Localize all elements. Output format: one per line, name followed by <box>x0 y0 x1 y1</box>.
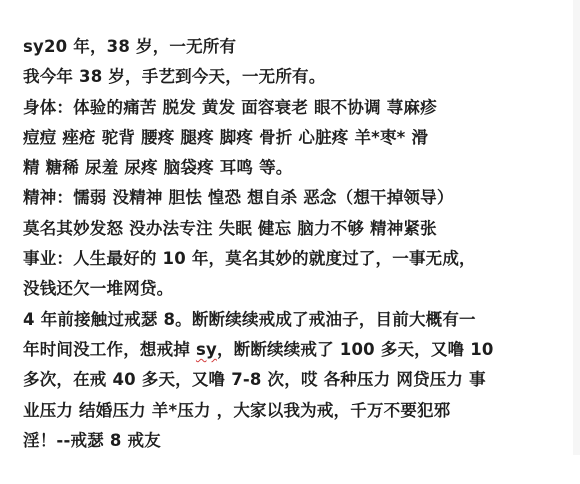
body-symptoms-line-2: 痘痘 痤疮 驼背 腰疼 腿疼 脚疼 骨折 心脏疼 羊*枣* 滑 <box>23 123 543 153</box>
story-line-2-after: ，断断续续戒了 100 多天，又噜 10 <box>217 340 494 359</box>
page-edge-shadow <box>573 0 580 455</box>
story-line-3: 多次，在戒 40 多天，又噜 7-8 次，哎 各种压力 网贷压力 事 <box>23 365 543 395</box>
story-line-2-before: 年时间没工作，想戒掉 <box>23 340 196 359</box>
mental-symptoms-line-1: 精神：懦弱 没精神 胆怯 惶恐 想自杀 恶念（想干掉领导） <box>23 183 543 213</box>
signature-line: 淫！--戒瑟 8 戒友 <box>23 426 543 456</box>
body-symptoms-line-1: 身体：体验的痛苦 脱发 黄发 面容衰老 眼不协调 荨麻疹 <box>23 93 543 123</box>
body-symptoms-line-3: 精 糖稀 尿羞 尿疼 脑袋疼 耳鸣 等。 <box>23 153 543 183</box>
misspelled-word[interactable]: sy <box>196 340 217 359</box>
post-body: sy20 年，38 岁，一无所有 我今年 38 岁，手艺到今天，一无所有。 身体… <box>23 32 543 456</box>
document-page: sy20 年，38 岁，一无所有 我今年 38 岁，手艺到今天，一无所有。 身体… <box>0 0 580 484</box>
story-line-1: 4 年前接触过戒瑟 8。断断续续戒成了戒油子，目前大概有一 <box>23 305 543 335</box>
mental-symptoms-line-2: 莫名其妙发怒 没办法专注 失眠 健忘 脑力不够 精神紧张 <box>23 214 543 244</box>
intro-line: 我今年 38 岁，手艺到今天，一无所有。 <box>23 62 543 92</box>
story-line-4: 业压力 结婚压力 羊*压力 ，大家以我为戒，千万不要犯邪 <box>23 396 543 426</box>
career-line-2: 没钱还欠一堆网贷。 <box>23 274 543 304</box>
career-line-1: 事业：人生最好的 10 年，莫名其妙的就度过了，一事无成， <box>23 244 543 274</box>
post-title-line: sy20 年，38 岁，一无所有 <box>23 32 543 62</box>
story-line-2: 年时间没工作，想戒掉 sy，断断续续戒了 100 多天，又噜 10 <box>23 335 543 365</box>
